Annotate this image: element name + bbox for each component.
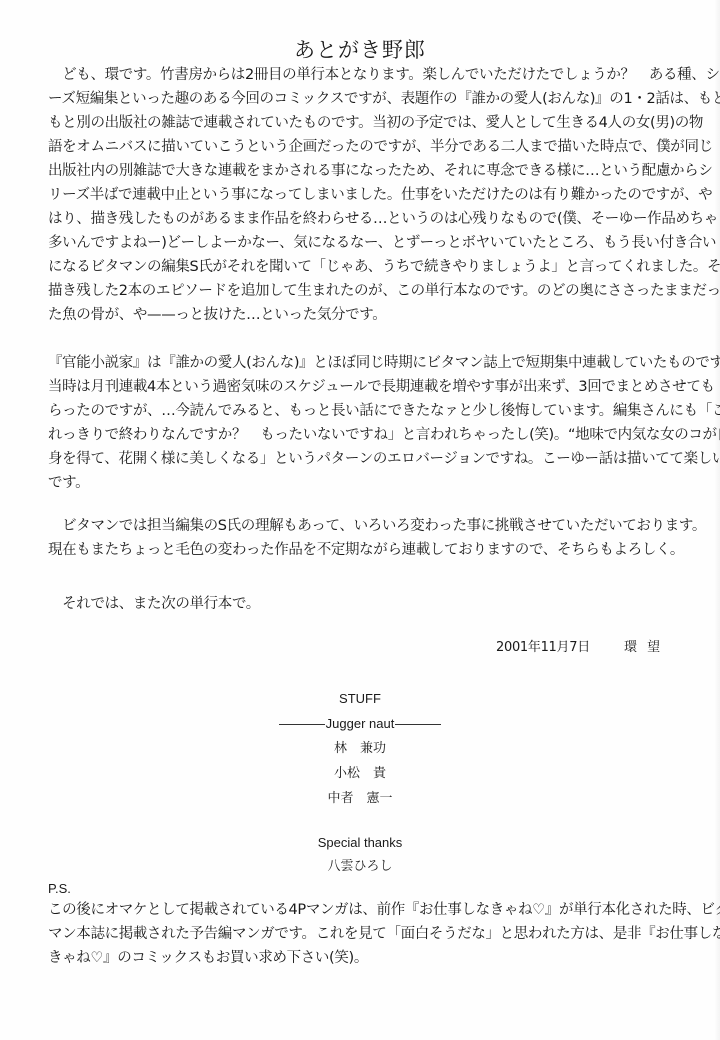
special-thanks-heading: Special thanks <box>0 833 720 853</box>
text-line: 多いんですよねー)どーしよーかなー、気になるなー、とずーっとボヤいていたところ、… <box>48 231 668 255</box>
credits-heading: STUFF <box>0 689 720 709</box>
text-line: ーズ短編集といった趣のある今回のコミックスですが、表題作の『誰かの愛人(おんな)… <box>48 87 668 111</box>
text-line: 身を得て、花開く様に美しくなる」というパターンのエロバージョンですね。こーゆー話… <box>48 447 668 471</box>
credits-member: 中者 憲一 <box>0 789 720 809</box>
text-line: ビタマンでは担当編集のS氏の理解もあって、いろいろ変わった事に挑戦させていただい… <box>48 514 668 538</box>
text-line: た魚の骨が、や——っと抜けた…といった気分です。 <box>48 303 668 327</box>
credits-group: Jugger naut <box>0 714 720 735</box>
scan-edge-shadow <box>714 0 720 1040</box>
dash-right <box>395 724 441 725</box>
text-line: この後にオマケとして掲載されている4Pマンガは、前作『お仕事しなきゃね♡』が単行… <box>48 898 668 922</box>
text-line: ども、環です。竹書房からは2冊目の単行本となります。楽しんでいただけたでしょうか… <box>48 63 668 87</box>
text-line: マン本誌に掲載された予告編マンガです。これを見て「面白そうだな」と思われた方は、… <box>48 922 668 946</box>
page-title: あとがき野郎 <box>0 36 720 64</box>
text-line: 現在もまたちょっと毛色の変わった作品を不定期ながら連載しておりますので、そちらも… <box>48 538 668 562</box>
credits-group-name: Jugger naut <box>326 716 395 731</box>
credits-member: 小松 貴 <box>0 764 720 784</box>
text-line: です。 <box>48 471 668 495</box>
text-line: きゃね♡』のコミックスもお買い求め下さい(笑)。 <box>48 946 668 970</box>
special-thanks-name: 八雲ひろし <box>0 857 720 877</box>
signature-author: 環 望 <box>624 638 663 658</box>
scanned-page: あとがき野郎 ども、環です。竹書房からは2冊目の単行本となります。楽しんでいただ… <box>0 0 720 1040</box>
text-line: 『官能小説家』は『誰かの愛人(おんな)』とほぼ同じ時期にビタマン誌上で短期集中連… <box>48 351 668 375</box>
signature-date: 2001年11月7日 <box>496 638 590 658</box>
text-line: れっきりで終わりなんですか？ もったいないですね」と言われちゃったし(笑)。“地… <box>48 423 668 447</box>
text-line: 描き残した2本のエピソードを追加して生まれたのが、この単行本なのです。のどの奥に… <box>48 279 668 303</box>
text-line: になるビタマンの編集S氏がそれを聞いて「じゃあ、うちで続きやりましょうよ」と言っ… <box>48 255 668 279</box>
text-line: 出版社内の別雑誌で大きな連載をまかされる事になったため、それに専念できる様に…と… <box>48 159 668 183</box>
credits-member: 林 兼功 <box>0 739 720 759</box>
text-line: らったのですが、…今読んでみると、もっと長い話にできたなァと少し後悔しています。… <box>48 399 668 423</box>
text-line: それでは、また次の単行本で。 <box>48 592 668 616</box>
postscript-label: P.S. <box>48 879 71 899</box>
text-line: リーズ半ばで連載中止という事になってしまいました。仕事をいただけたのは有り難かっ… <box>48 183 668 207</box>
dash-left <box>279 724 325 725</box>
text-line: はり、描き残したものがあるまま作品を終わらせる…というのは心残りなもので(僕、そ… <box>48 207 668 231</box>
text-line: 当時は月刊連載4本という過密気味のスケジュールで長期連載を増やす事が出来ず、3回… <box>48 375 668 399</box>
text-line: 語をオムニバスに描いていこうという企画だったのですが、半分である二人まで描いた時… <box>48 135 668 159</box>
text-line: もと別の出版社の雑誌で連載されていたものです。当初の予定では、愛人として生きる4… <box>48 111 668 135</box>
